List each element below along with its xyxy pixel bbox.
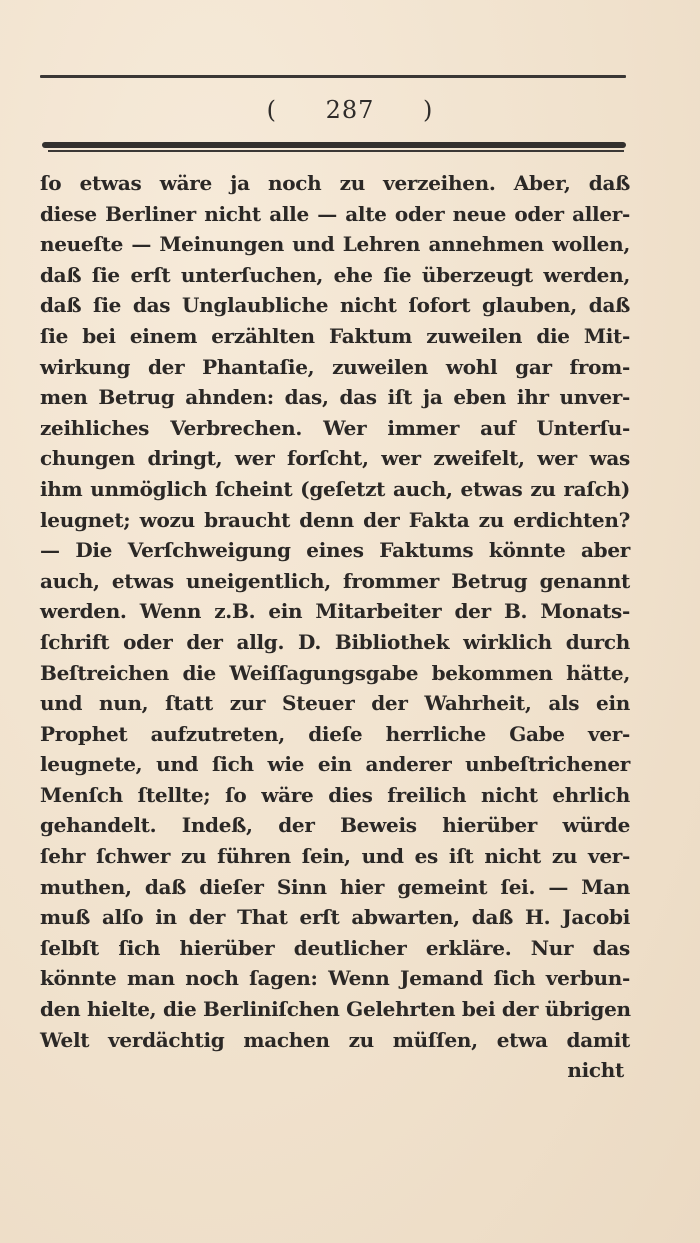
text-line: muß alſo in der That erſt abwarten, daß … [40,902,630,933]
text-line: Prophet aufzutreten, dieſe herrliche Gab… [40,719,630,750]
page-number: 287 [326,96,375,124]
text-line: — Die Verſchweigung eines Faktums könnte… [40,535,630,566]
text-line: wirkung der Phantaſie, zuweilen wohl gar… [40,352,630,383]
body-text: ſo etwas wäre ja noch zu verzeihen. Aber… [40,168,630,1086]
text-line: leugnete, und ſich wie ein anderer unbeſ… [40,749,630,780]
catchword: nicht [40,1055,630,1086]
text-line: Menſch ſtellte; ſo wäre dies freilich ni… [40,780,630,811]
text-line: ſehr ſchwer zu führen ſein, und es iſt n… [40,841,630,872]
text-line: ſo etwas wäre ja noch zu verzeihen. Aber… [40,168,630,199]
header-rule [40,75,626,78]
header-double-rule [42,142,626,152]
text-line: chungen dringt, wer forſcht, wer zweifel… [40,443,630,474]
text-line: Beſtreichen die Weiſſagungsgabe bekommen… [40,658,630,689]
text-line: den hielte, die Berliniſchen Gelehrten b… [40,994,630,1025]
text-line: muthen, daß dieſer Sinn hier gemeint ſei… [40,872,630,903]
text-line: zeihliches Verbrechen. Wer immer auf Unt… [40,413,630,444]
text-line: neueſte — Meinungen und Lehren annehmen … [40,229,630,260]
paren-open: ( [267,96,277,124]
paren-close: ) [423,96,433,124]
text-line: ſchrift oder der allg. D. Bibliothek wir… [40,627,630,658]
text-line: ſelbſt ſich hierüber deutlicher erkläre.… [40,933,630,964]
text-line: auch, etwas uneigentlich, frommer Betrug… [40,566,630,597]
text-line: Welt verdächtig machen zu müſſen, etwa d… [40,1025,630,1056]
text-line: leugnet; wozu braucht denn der Fakta zu … [40,505,630,536]
text-line: könnte man noch ſagen: Wenn Jemand ſich … [40,963,630,994]
text-line: daß ſie erſt unterſuchen, ehe ſie überze… [40,260,630,291]
text-line: diese Berliner nicht alle — alte oder ne… [40,199,630,230]
text-line: men Betrug ahnden: das, das iſt ja eben … [40,382,630,413]
text-line: ſie bei einem erzählten Faktum zuweilen … [40,321,630,352]
text-line: daß ſie das Unglaubliche nicht ſofort gl… [40,290,630,321]
text-line: und nun, ſtatt zur Steuer der Wahrheit, … [40,688,630,719]
text-line: gehandelt. Indeß, der Beweis hierüber wü… [40,810,630,841]
page-number-header: ( 287 ) [0,96,700,124]
text-line: werden. Wenn z.B. ein Mitarbeiter der B.… [40,596,630,627]
text-line: ihm unmöglich ſcheint (geſetzt auch, etw… [40,474,630,505]
